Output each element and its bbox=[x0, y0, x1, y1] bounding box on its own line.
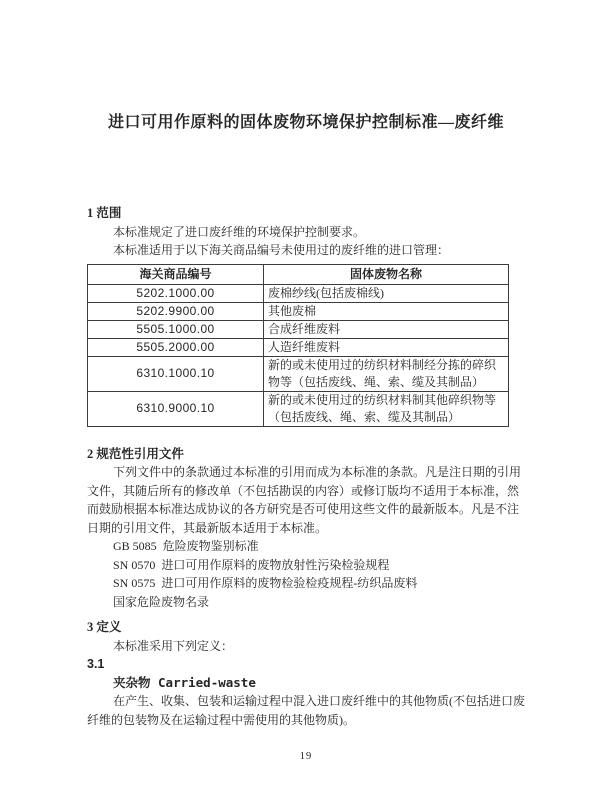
customs-code: 5505.1000.00 bbox=[88, 320, 264, 338]
table-row: 6310.9000.10 新的或未使用过的纺织材料制其他碎织物等（包括废线、绳、… bbox=[88, 391, 509, 426]
definition-line: 在产生、收集、包装和运输过程中混入进口废纤维中的其他物质(不包括进口废 bbox=[87, 692, 525, 711]
waste-name: 其他废棉 bbox=[264, 302, 509, 320]
section-2-paragraph-line: 而鼓励根据本标准达成协议的各方研究是否可使用这些文件的最新版本。凡是不注 bbox=[87, 500, 525, 519]
reference-item: SN 0575 进口可用作原料的废物检验检疫规程-纺织品废料 bbox=[87, 574, 525, 593]
page-number: 19 bbox=[0, 751, 612, 762]
page-content: 进口可用作原料的固体废物环境保护控制标准—废纤维 1 范围 本标准规定了进口废纤… bbox=[87, 0, 525, 729]
section-3-heading: 3 定义 bbox=[87, 618, 525, 637]
document-page: 进口可用作原料的固体废物环境保护控制标准—废纤维 1 范围 本标准规定了进口废纤… bbox=[0, 0, 612, 792]
section-2-heading: 2 规范性引用文件 bbox=[87, 445, 525, 464]
reference-item: SN 0570 进口可用作原料的废物放射性污染检验规程 bbox=[87, 556, 525, 575]
customs-code: 6310.9000.10 bbox=[88, 391, 264, 426]
table-header-customs-code: 海关商品编号 bbox=[88, 264, 264, 284]
reference-item: 国家危险废物名录 bbox=[87, 593, 525, 612]
section-2-paragraph-line: 日期的引用文件，其最新版本适用于本标准。 bbox=[87, 519, 525, 538]
customs-code: 5202.9900.00 bbox=[88, 302, 264, 320]
table-row: 5505.1000.00 合成纤维废料 bbox=[88, 320, 509, 338]
reference-item: GB 5085 危险废物鉴别标准 bbox=[87, 537, 525, 556]
customs-code-table: 海关商品编号 固体废物名称 5202.1000.00 废棉纱线(包括废棉线) 5… bbox=[87, 264, 509, 427]
table-row: 6310.1000.10 新的或未使用过的纺织材料制经分拣的碎织物等（包括废线、… bbox=[88, 356, 509, 391]
waste-name: 废棉纱线(包括废棉线) bbox=[264, 284, 509, 302]
table-header-row: 海关商品编号 固体废物名称 bbox=[88, 264, 509, 284]
table-row: 5505.2000.00 人造纤维废料 bbox=[88, 338, 509, 356]
waste-name: 新的或未使用过的纺织材料制其他碎织物等（包括废线、绳、索、缆及其制品） bbox=[264, 391, 509, 426]
customs-code: 5505.2000.00 bbox=[88, 338, 264, 356]
document-title: 进口可用作原料的固体废物环境保护控制标准—废纤维 bbox=[87, 112, 525, 134]
table-row: 5202.9900.00 其他废棉 bbox=[88, 302, 509, 320]
clause-number: 3.1 bbox=[87, 655, 525, 674]
table-header-waste-name: 固体废物名称 bbox=[264, 264, 509, 284]
waste-name: 人造纤维废料 bbox=[264, 338, 509, 356]
section-1-paragraph-1: 本标准规定了进口废纤维的环境保护控制要求。 bbox=[87, 223, 525, 242]
section-1-paragraph-2: 本标准适用于以下海关商品编号未使用过的废纤维的进口管理： bbox=[87, 241, 525, 260]
section-1-heading: 1 范围 bbox=[87, 204, 525, 223]
defined-term: 夹杂物 Carried-waste bbox=[87, 674, 525, 693]
customs-code: 6310.1000.10 bbox=[88, 356, 264, 391]
definition-line: 纤维的包装物及在运输过程中需使用的其他物质)。 bbox=[87, 711, 525, 730]
section-2-paragraph-line: 文件，其随后所有的修改单（不包括勘误的内容）或修订版均不适用于本标准，然 bbox=[87, 482, 525, 501]
table-row: 5202.1000.00 废棉纱线(包括废棉线) bbox=[88, 284, 509, 302]
waste-name: 合成纤维废料 bbox=[264, 320, 509, 338]
section-2-paragraph-line: 下列文件中的条款通过本标准的引用而成为本标准的条款。凡是注日期的引用 bbox=[87, 463, 525, 482]
section-3-intro: 本标准采用下列定义： bbox=[87, 637, 525, 656]
waste-name: 新的或未使用过的纺织材料制经分拣的碎织物等（包括废线、绳、索、缆及其制品） bbox=[264, 356, 509, 391]
customs-code: 5202.1000.00 bbox=[88, 284, 264, 302]
